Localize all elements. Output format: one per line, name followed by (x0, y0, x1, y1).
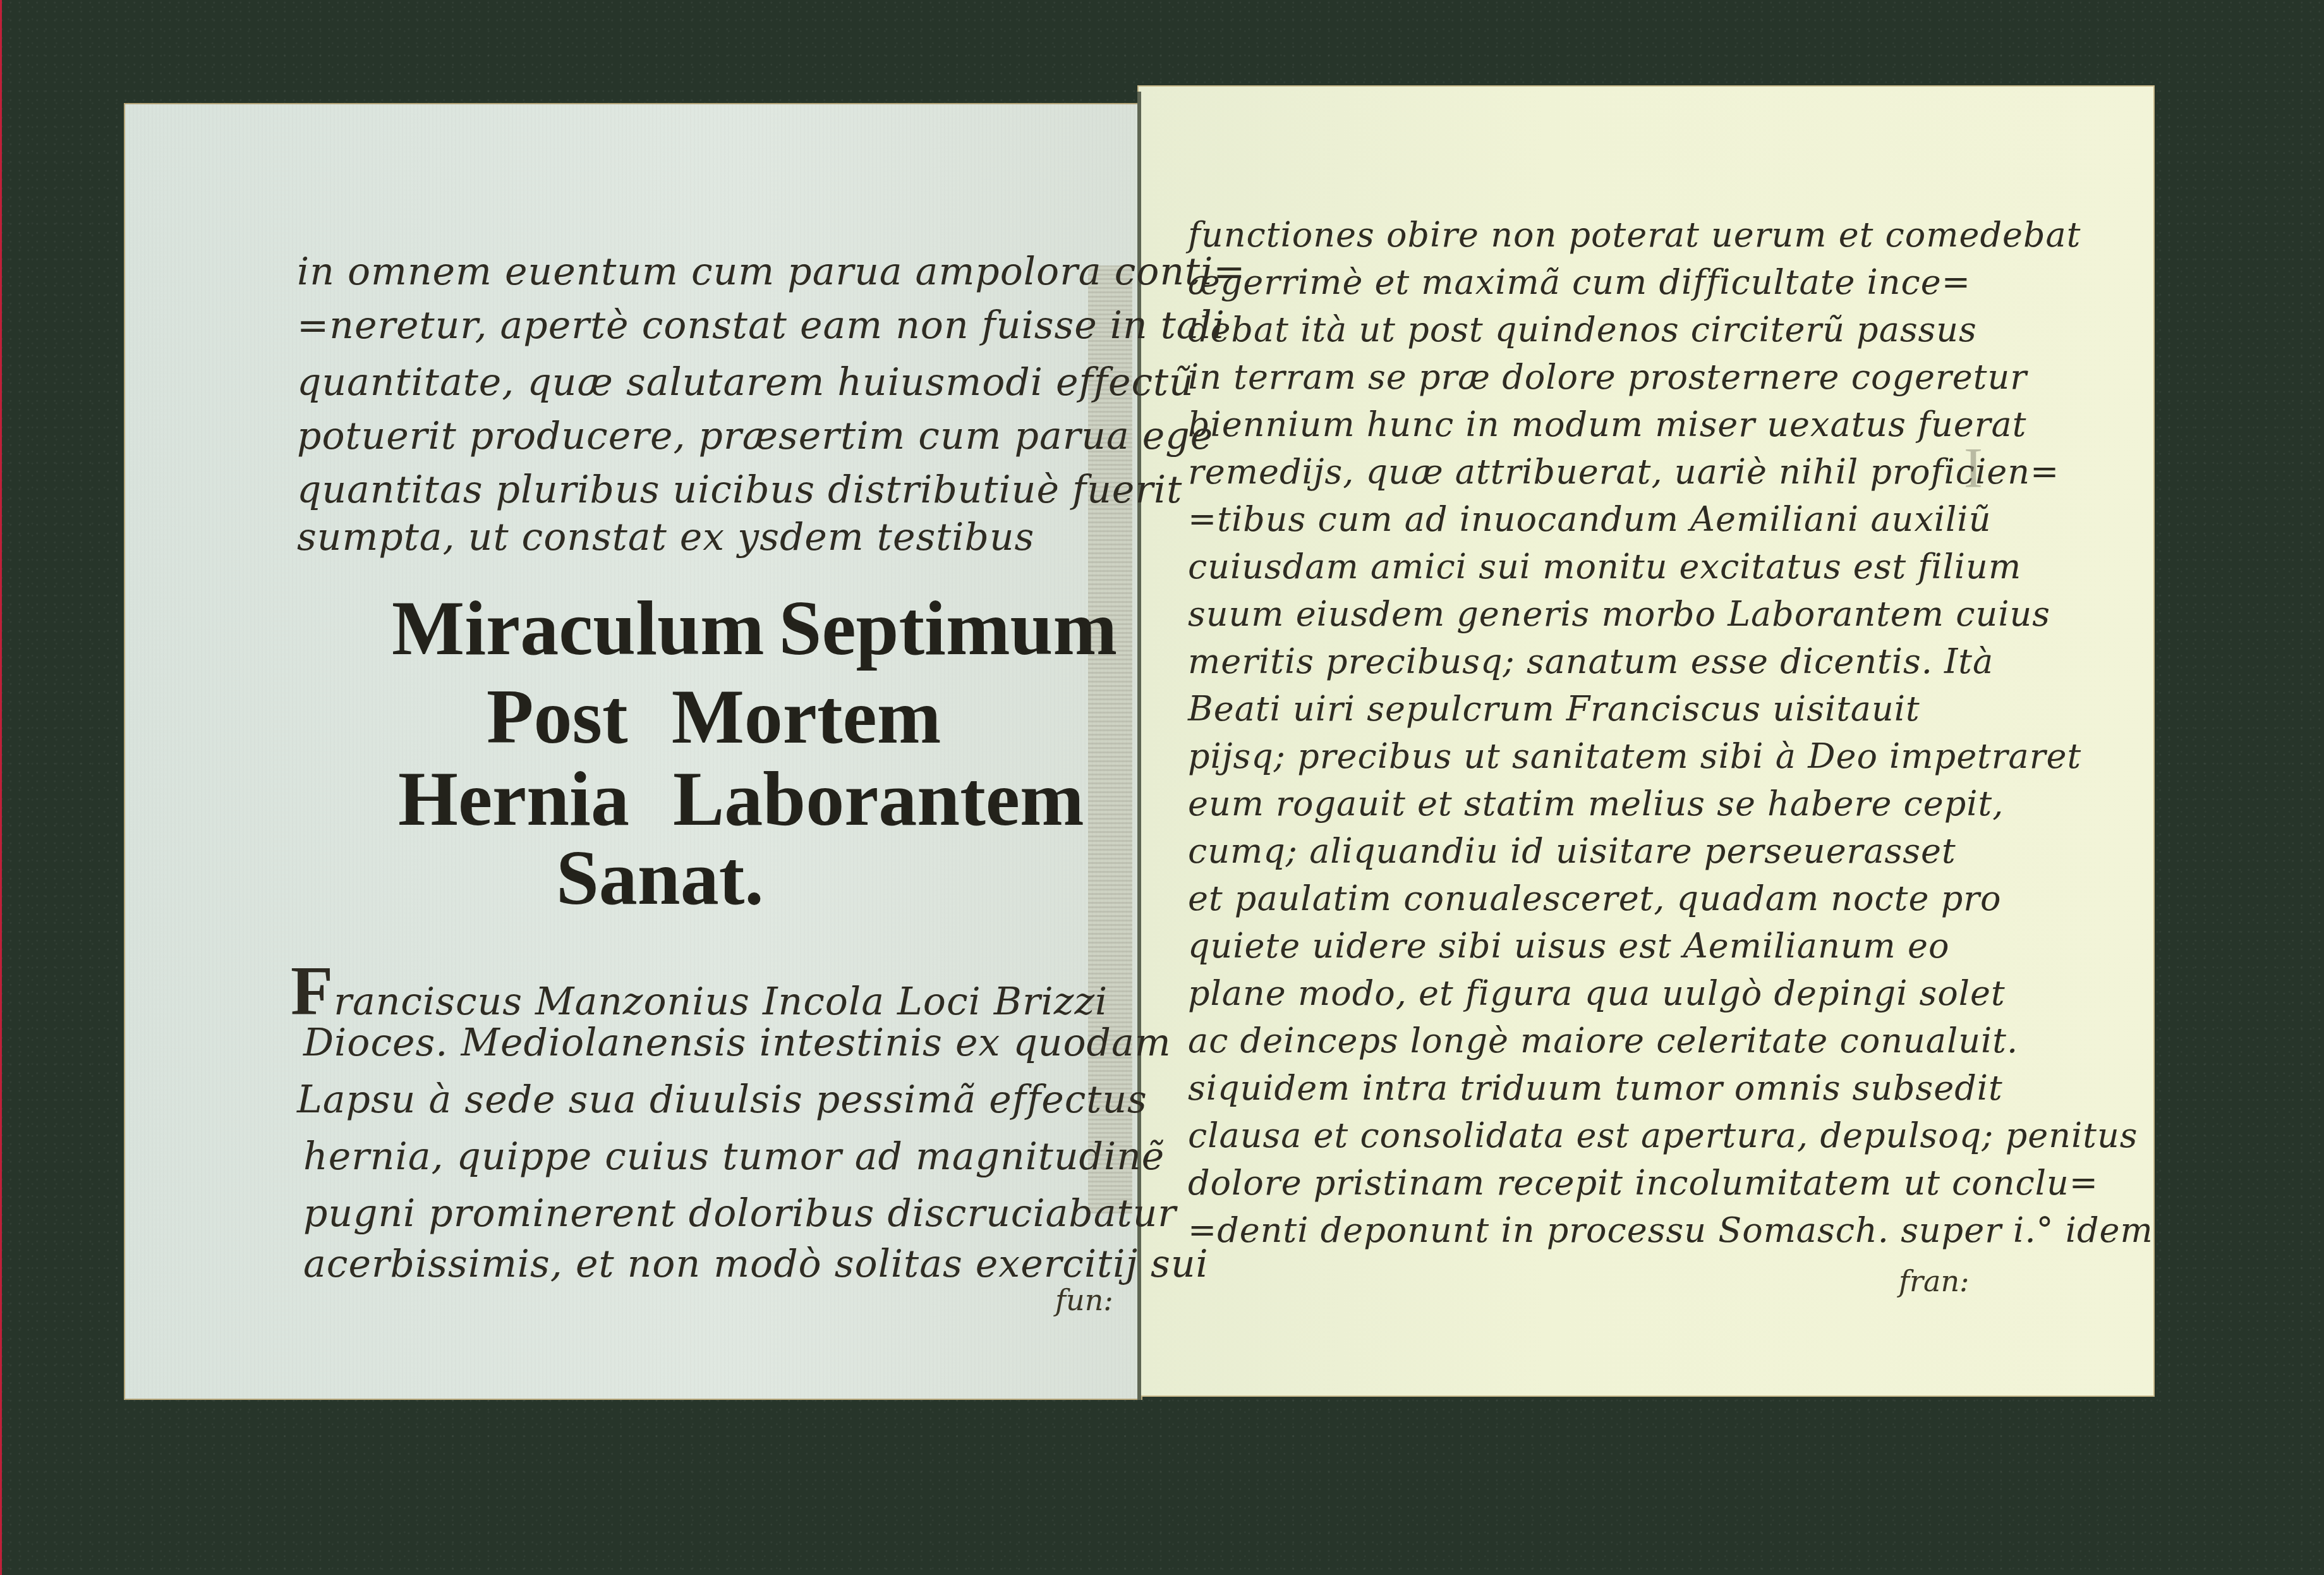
right-text-line: meritis precibusq; sanatum esse dicentis… (1188, 642, 1994, 681)
title-line-4: Sanat. (556, 834, 764, 923)
left-text-line: =neretur, apertè constat eam non fuisse … (297, 303, 1225, 348)
margin-mark: I (1964, 436, 1983, 501)
right-text-line: clausa et consolidata est apertura, depu… (1188, 1116, 2138, 1155)
right-text-line: =tibus cum ad inuocandum Aemiliani auxil… (1188, 499, 1991, 539)
title-line-3: Hernia Laborantem (398, 755, 1084, 844)
left-text-line: quantitas pluribus uicibus distributiuè … (297, 468, 1182, 512)
right-text-line: functiones obire non poterat uerum et co… (1188, 215, 2081, 255)
title-word: Septimum (779, 586, 1117, 671)
scan-edge-strip (0, 0, 2, 1575)
right-text-line: eum rogauit et statim melius se habere c… (1188, 784, 2004, 824)
right-text-line: cumq; aliquandiu id uisitare perseuerass… (1188, 831, 1956, 871)
right-text-line: ac deinceps longè maiore celeritate conu… (1188, 1021, 2018, 1061)
title-word: Post (487, 674, 628, 760)
right-text-line: ægerrimè et maximã cum difficultate ince… (1188, 262, 1971, 302)
left-catchword: fun: (1055, 1283, 1113, 1317)
left-text-line: in omnem euentum cum parua ampolora cont… (297, 250, 1246, 294)
right-text-line: =denti deponunt in processu Somasch. sup… (1188, 1210, 2153, 1250)
right-text-line: remedijs, quæ attribuerat, uariè nihil p… (1188, 452, 2059, 492)
title-word: Mortem (672, 674, 941, 760)
right-text-line: quiete uidere sibi uisus est Aemilianum … (1188, 926, 1949, 966)
title-line-2: Post Mortem (487, 673, 941, 762)
left-text-line: potuerit producere, præsertim cum parua … (297, 414, 1213, 458)
left-text-line: quantitate, quæ salutarem huiusmodi effe… (297, 360, 1194, 404)
right-text-line: siquidem intra triduum tumor omnis subse… (1188, 1068, 2003, 1108)
right-text-line: suum eiusdem generis morbo Laborantem cu… (1188, 594, 2050, 634)
title-word: Laborantem (673, 757, 1084, 842)
gutter-stain (1088, 265, 1132, 1213)
title-word: Hernia (398, 757, 629, 842)
right-text-line: in terram se præ dolore prosternere coge… (1188, 357, 2027, 397)
right-catchword: fran: (1899, 1264, 1970, 1298)
title-word: Sanat. (556, 836, 764, 921)
left-text-line: sumpta, ut constat ex ysdem testibus (297, 515, 1034, 559)
right-text-line: biennium hunc in modum miser uexatus fue… (1188, 404, 2026, 444)
right-text-line: Beati uiri sepulcrum Franciscus uisitaui… (1188, 689, 1920, 729)
left-paragraph-line: hernia, quippe cuius tumor ad magnitudin… (303, 1134, 1165, 1179)
left-paragraph-line: pugni prominerent doloribus discruciabat… (303, 1191, 1177, 1236)
left-paragraph-line: Lapsu à sede sua diuulsis pessimã effect… (297, 1078, 1147, 1122)
right-text-line: debat ità ut post quindenos circiterũ pa… (1188, 310, 1977, 350)
right-text-line: cuiusdam amici sui monitu excitatus est … (1188, 547, 2021, 587)
line-text: ranciscus Manzonius Incola Loci Brizzi (334, 980, 1108, 1024)
right-text-line: dolore pristinam recepit incolumitatem u… (1188, 1163, 2098, 1203)
right-text-line: et paulatim conualesceret, quadam nocte … (1188, 879, 2002, 918)
right-text-line: pijsq; precibus ut sanitatem sibi à Deo … (1188, 736, 2081, 776)
drop-initial: F (291, 952, 334, 1030)
left-paragraph-line: Franciscus Manzonius Incola Loci Brizzi (291, 951, 1108, 1031)
left-paragraph-line: Dioces. Mediolanensis intestinis ex quod… (303, 1021, 1171, 1065)
title-word: Miraculum (392, 586, 765, 671)
left-paragraph-line: acerbissimis, et non modò solitas exerci… (303, 1242, 1209, 1286)
right-text-line: plane modo, et figura qua uulgò depingi … (1188, 973, 2006, 1013)
title-line-1: Miraculum Septimum (392, 585, 1117, 673)
